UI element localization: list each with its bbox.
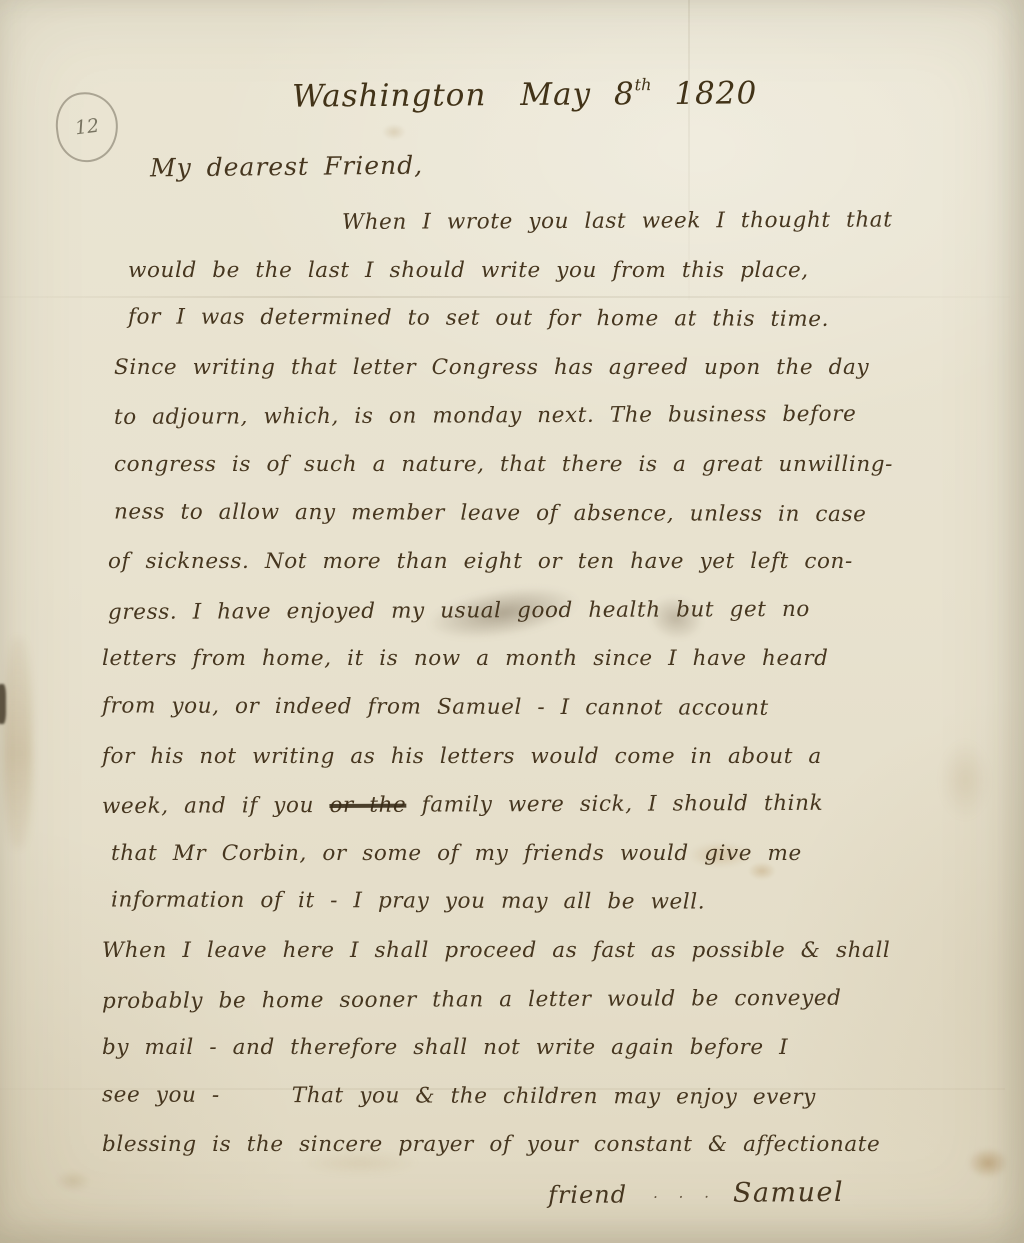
letter-line: to adjourn, which, is on monday next. Th… — [114, 390, 1000, 442]
letter-line: ness to allow any member leave of absenc… — [114, 488, 1000, 540]
letter-line: congress is of such a nature, that there… — [114, 441, 1000, 490]
letter-line: of sickness. Not more than eight or ten … — [108, 538, 1000, 587]
heading-place: Washington — [292, 77, 487, 114]
heading-year: 1820 — [674, 75, 757, 112]
stain-streak — [4, 638, 32, 848]
scanner-background: 12 WashingtonMay 8th 1820 My dearest Fri… — [0, 0, 1024, 1243]
letter-line: Since writing that letter Congress has a… — [114, 344, 1000, 393]
pen-marks: · · · — [653, 1188, 717, 1206]
letter-line: letters from home, it is now a month sin… — [102, 635, 1000, 684]
letter-line: information of it - I pray you may all b… — [111, 877, 1000, 929]
line-text: see you - — [102, 1082, 220, 1107]
line-text: That you & the children may enjoy every — [292, 1083, 816, 1110]
archival-page-number-text: 12 — [74, 115, 101, 140]
letter-line: that Mr Corbin, or some of my friends wo… — [111, 830, 1000, 879]
letter-line: When I wrote you last week I thought tha… — [102, 196, 1000, 249]
letter-closing: friend· · ·Samuel — [548, 1177, 844, 1210]
letter-line: blessing is the sincere prayer of your c… — [102, 1121, 1000, 1170]
letter-line: for his not writing as his letters would… — [102, 733, 1000, 782]
stain-spot — [382, 124, 406, 140]
letter-line: week, and if you or the family were sick… — [102, 779, 1000, 832]
struck-text: or the — [329, 793, 406, 818]
line-text: family were sick, I should think — [406, 791, 823, 818]
letter-line: for I was determined to set out for home… — [128, 294, 1000, 346]
letter-line: by mail - and therefore shall not write … — [102, 1024, 1000, 1073]
letter-page: 12 WashingtonMay 8th 1820 My dearest Fri… — [0, 0, 1024, 1243]
letter-line: gress. I have enjoyed my usual good heal… — [108, 585, 1000, 637]
letter-line: When I leave here I shall proceed as fas… — [102, 927, 1000, 976]
heading-day: May 8 — [520, 76, 635, 113]
letter-body: When I wrote you last week I thought tha… — [100, 198, 1000, 1170]
signature: Samuel — [733, 1177, 844, 1209]
salutation: My dearest Friend, — [150, 151, 423, 183]
heading-ordinal: th — [635, 75, 652, 94]
line-text: week, and if you — [102, 793, 330, 819]
letter-line: probably be home sooner than a letter wo… — [102, 974, 1000, 1027]
letter-line: from you, or indeed from Samuel - I cann… — [102, 682, 1000, 734]
ink-mark-edge — [0, 684, 6, 724]
stain-spot — [55, 1170, 91, 1192]
letter-line: see you -That you & the children may enj… — [102, 1071, 1000, 1123]
letter-heading: WashingtonMay 8th 1820 — [292, 74, 758, 114]
archival-page-number: 12 — [52, 88, 122, 165]
closing-word: friend — [548, 1180, 627, 1209]
letter-line: would be the last I should write you fro… — [128, 247, 1000, 296]
